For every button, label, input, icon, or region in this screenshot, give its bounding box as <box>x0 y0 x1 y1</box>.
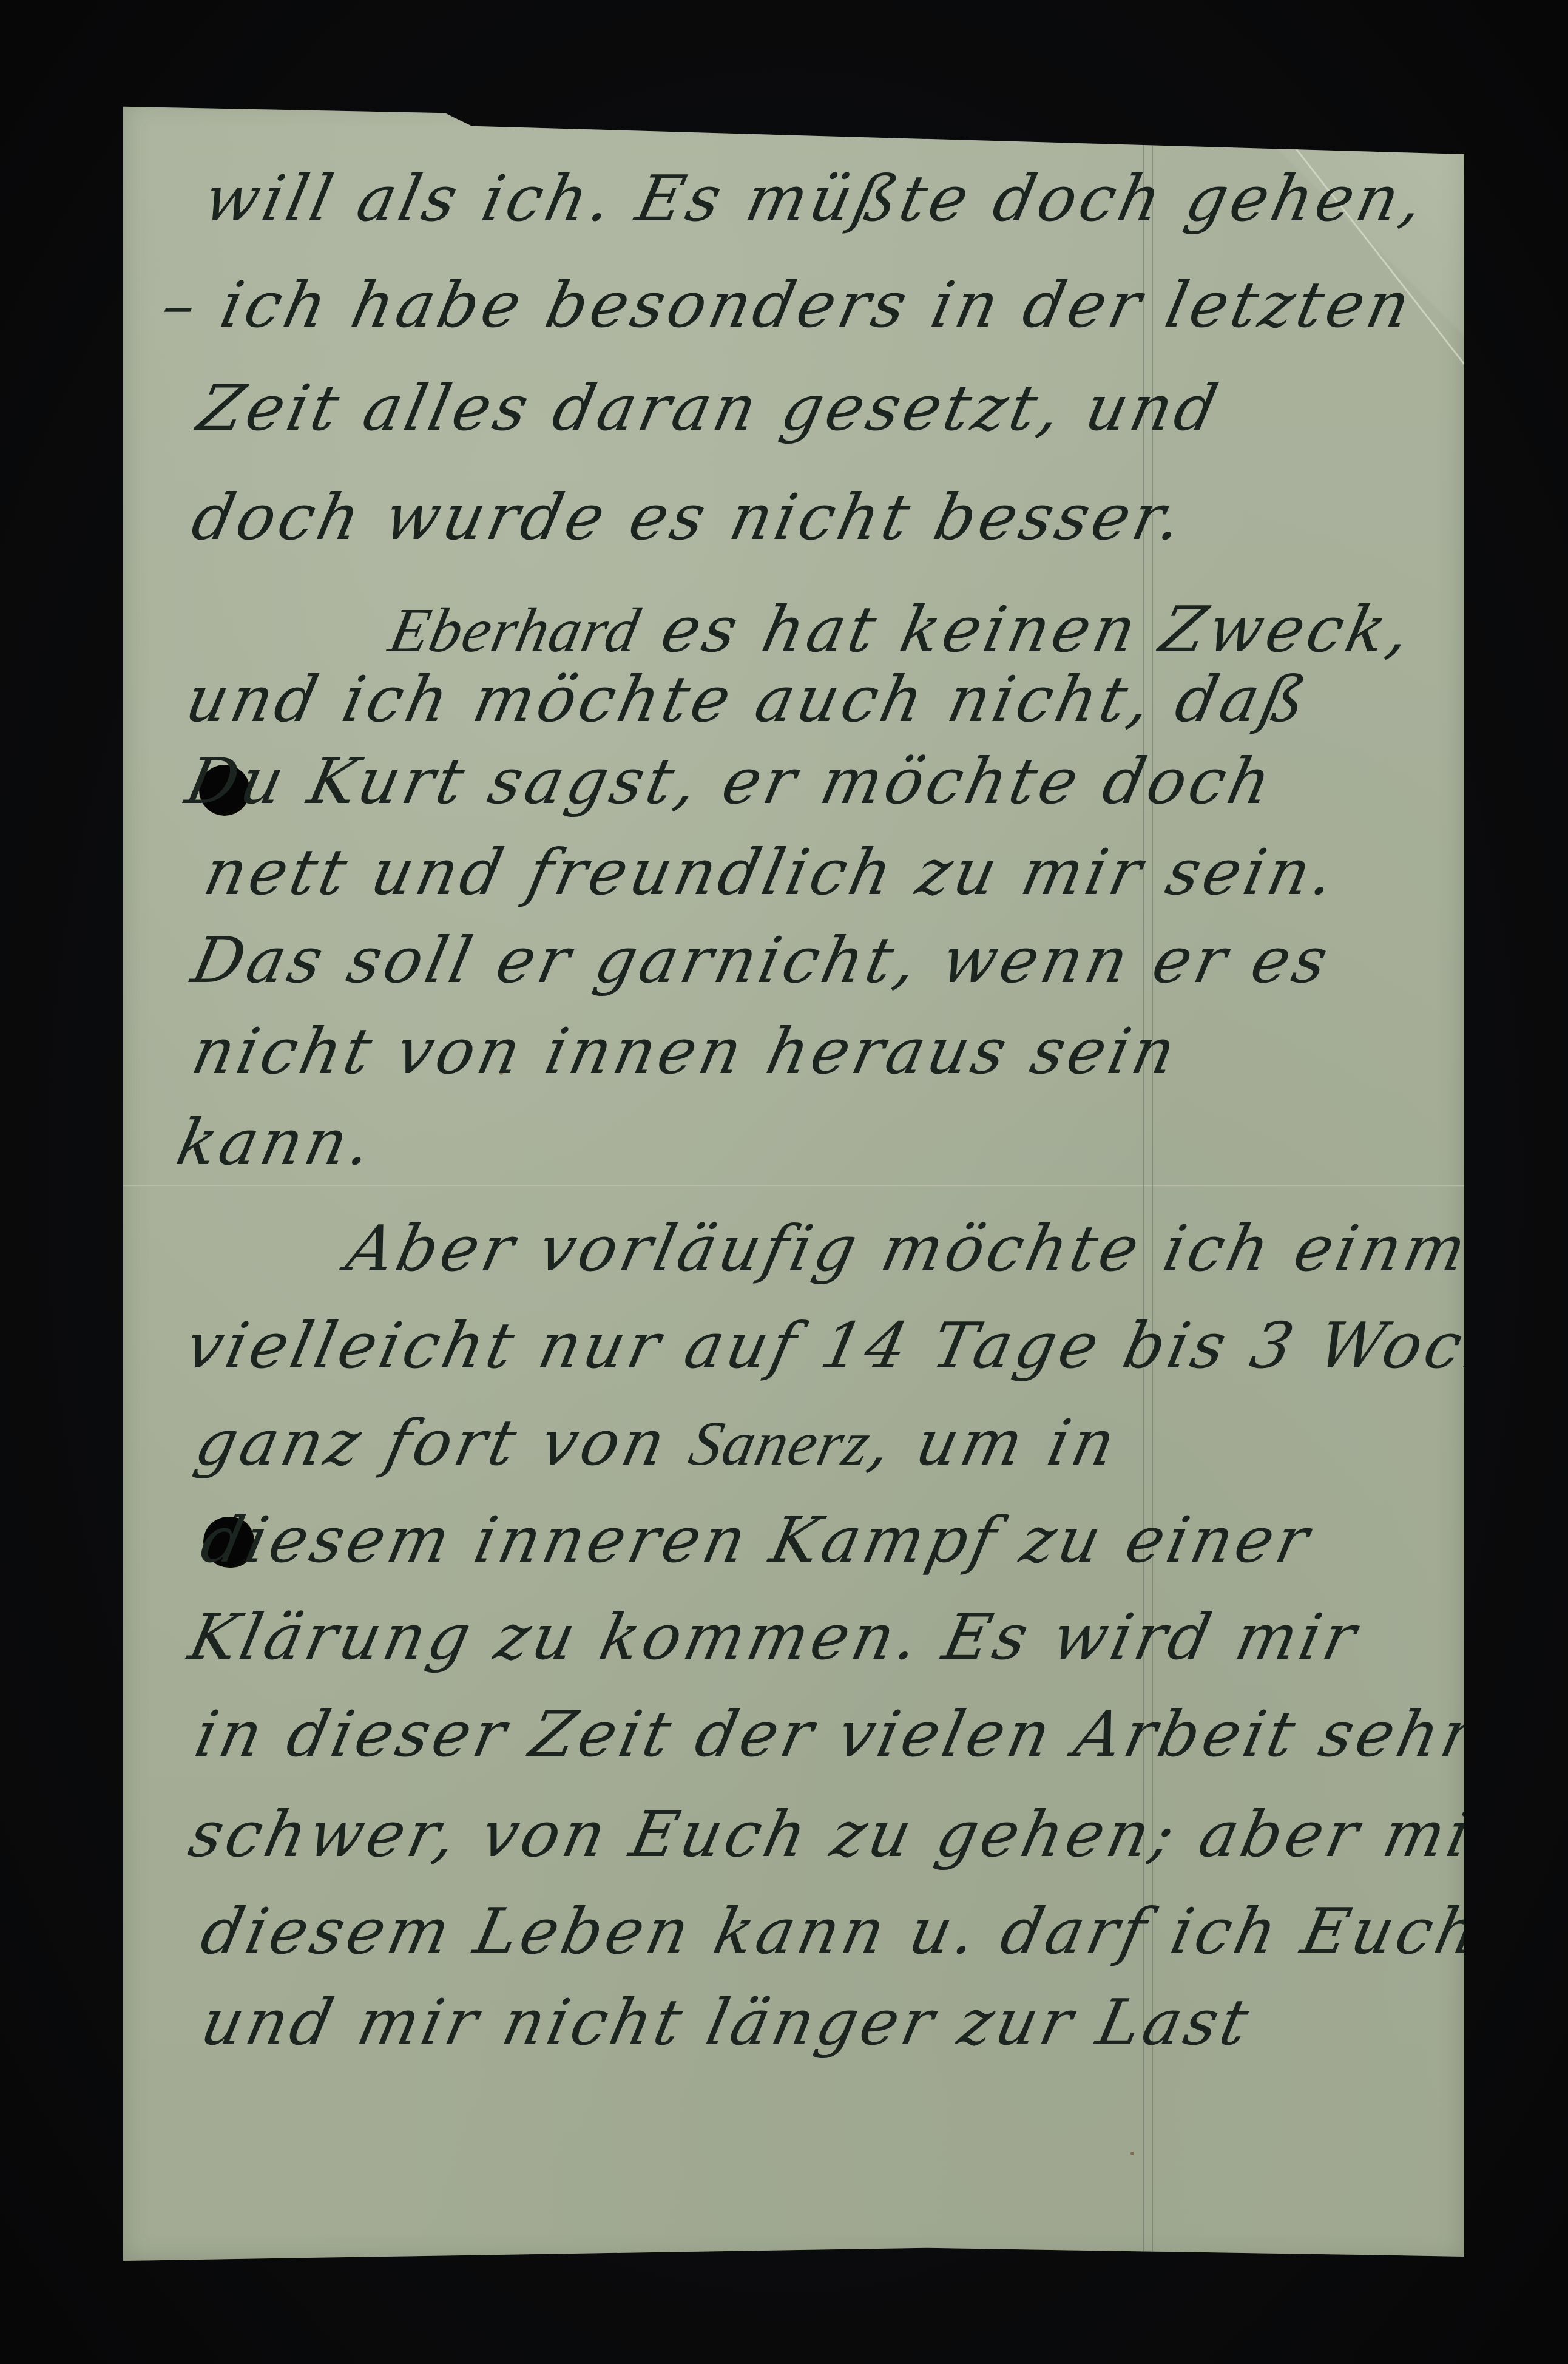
paper-stain <box>1130 2152 1134 2155</box>
letter-line-3: Zeit alles daran gesetzt, und <box>193 376 1226 439</box>
letter-line-8: nett und freundlich zu mir sein. <box>199 841 1343 904</box>
letter-line-13: vielleicht nur auf 14 Tage bis 3 Wochen, <box>181 1314 1568 1377</box>
horizontal-fold-crease <box>123 1185 1464 1187</box>
letter-line-15: diesem inneren Kampf zu einer <box>196 1508 1317 1571</box>
place-sanerz: Sanerz <box>683 1409 877 1478</box>
letter-line-2: – ich habe besonders in der letzten <box>157 273 1419 336</box>
letter-line-19: diesem Leben kann u. darf ich Euch <box>196 1900 1487 1963</box>
letter-line-16: Klärung zu kommen. Es wird mir <box>184 1605 1365 1668</box>
letter-page: will als ich. Es müßte doch gehen, – ich… <box>123 100 1464 2261</box>
letter-line-20: und mir nicht länger zur Last <box>196 1991 1257 2054</box>
letter-line-7: Du Kurt sagst, er möchte doch <box>181 750 1280 813</box>
name-eberhard: Eberhard <box>384 595 646 665</box>
letter-line-1: will als ich. Es müßte doch gehen, <box>199 167 1432 230</box>
letter-line-4: doch wurde es nicht besser. <box>187 486 1191 549</box>
letter-line-11: kann. <box>172 1111 380 1174</box>
letter-line-17: in dieser Zeit der vielen Arbeit sehr <box>190 1702 1482 1766</box>
letter-line-9: Das soll er garnicht, wenn er es <box>187 929 1336 992</box>
letter-line-5: Eberhard es hat keinen Zweck, <box>384 598 1419 662</box>
letter-line-12: Aber vorläufig möchte ich einmal, <box>342 1217 1564 1280</box>
letter-line-6: und ich möchte auch nicht, daß <box>181 668 1315 731</box>
letter-line-18: schwer, von Euch zu gehen; aber mit <box>184 1803 1507 1866</box>
letter-line-10: nicht von innen heraus sein <box>187 1020 1184 1083</box>
letter-line-14: ganz fort von Sanerz, um in <box>190 1411 1124 1475</box>
